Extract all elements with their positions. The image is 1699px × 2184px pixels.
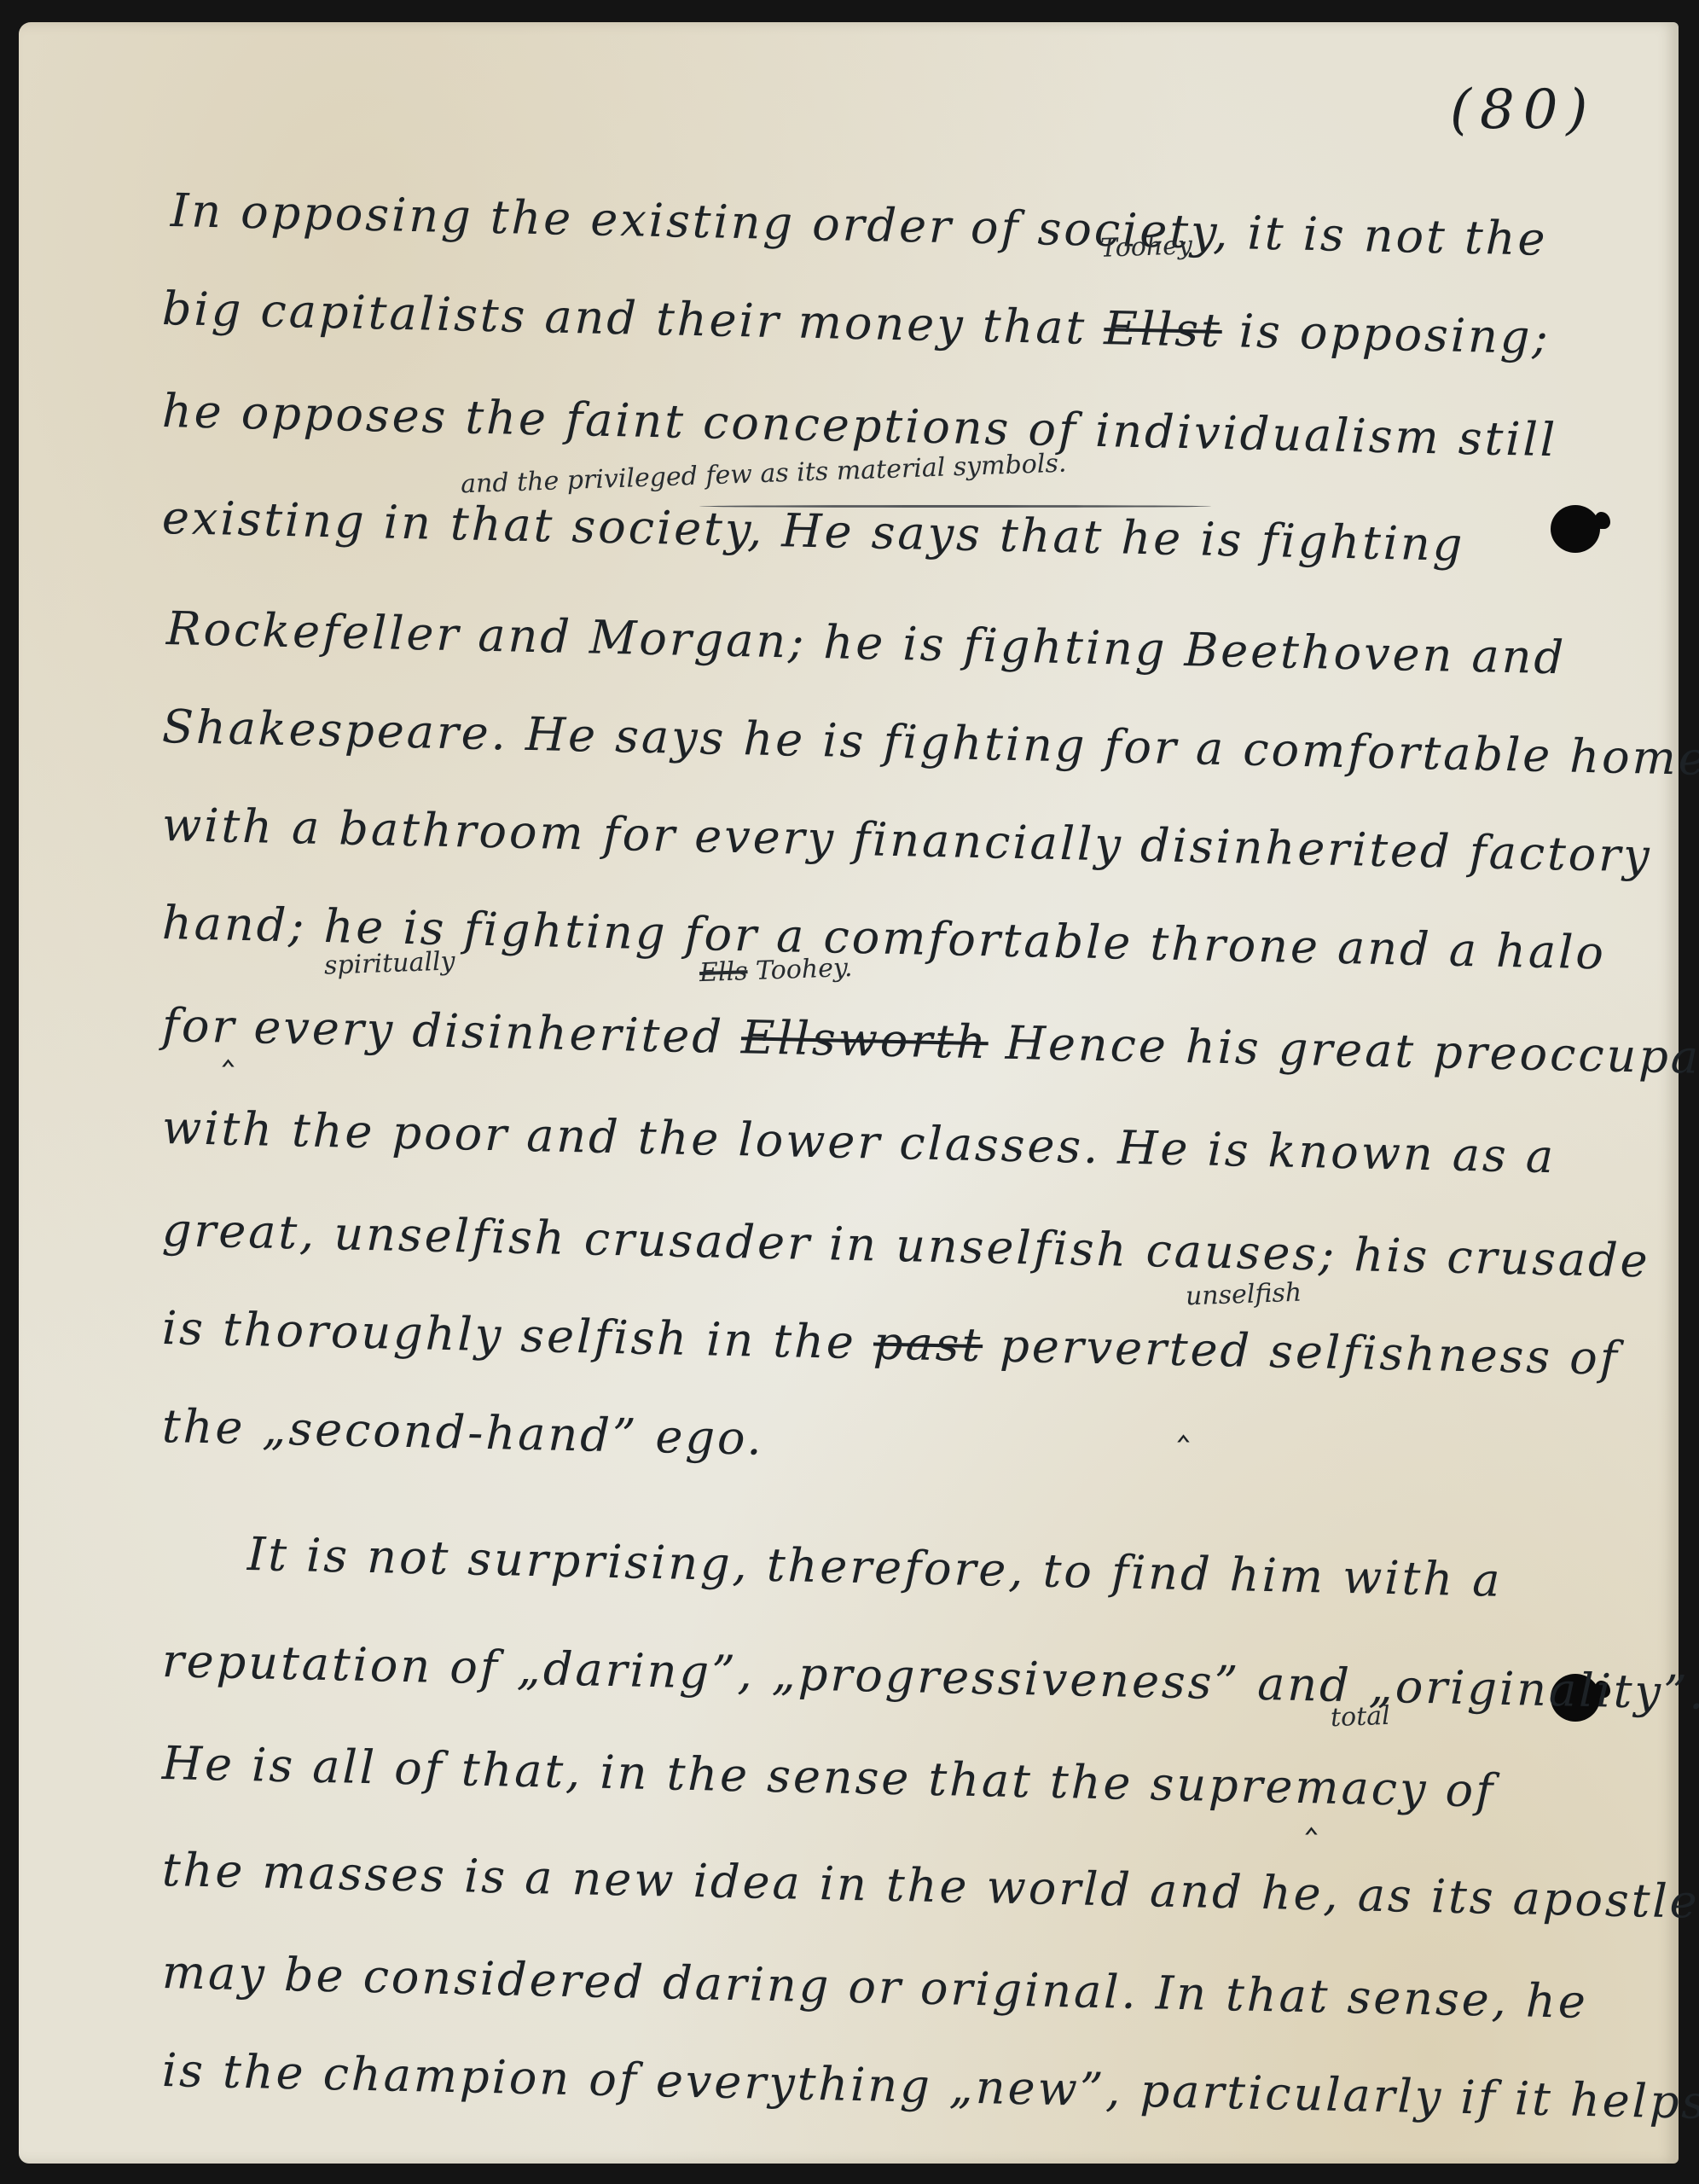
text-line-12-b: perverted <box>1000 1319 1253 1378</box>
insertion-caret-3: ‸ <box>1305 1792 1318 1835</box>
struck-word-past: past <box>873 1316 983 1372</box>
insertion-caret-2: ‸ <box>1177 1399 1190 1443</box>
insertion-total: total <box>1330 1701 1390 1733</box>
insertion-unselfish: unselfish <box>1185 1278 1302 1312</box>
text-line-12-c: selfishness of <box>1269 1324 1621 1385</box>
struck-insertion: Ells <box>699 956 748 988</box>
text-line-16-b: supremacy of <box>1150 1757 1496 1817</box>
page-number: (80) <box>1450 78 1596 142</box>
punch-hole-top <box>1551 505 1600 553</box>
text-line-9-a: for every <box>161 998 395 1057</box>
struck-word-ellsworth: Ellst <box>1104 301 1223 357</box>
text-line-9-b: disinherited <box>412 1003 725 1064</box>
struck-word-ellsworth-2: Ellsworth <box>740 1010 989 1069</box>
insertion-toohey-2-text: Toohey. <box>755 953 853 986</box>
insertion-spiritually: spiritually <box>323 946 455 980</box>
text-line-2-b: is opposing; <box>1238 304 1551 364</box>
insertion-toohey-2: Ells Toohey. <box>699 953 853 988</box>
insertion-toohey-1: Toohey <box>1099 230 1192 264</box>
